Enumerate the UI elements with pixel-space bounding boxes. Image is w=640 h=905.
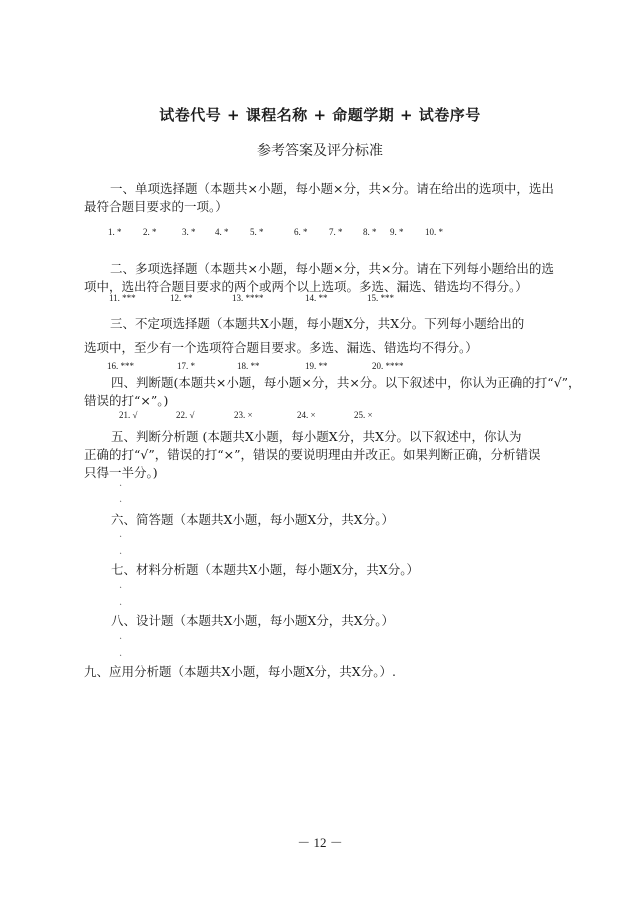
answer: 2. * [143, 227, 157, 237]
blank-line-marker: · [119, 497, 122, 508]
answer: 24. × [297, 410, 316, 420]
answer: 13. **** [232, 293, 264, 303]
answer: 22. √ [176, 410, 194, 420]
answer: 17. * [177, 361, 195, 371]
answer: 5. * [250, 227, 264, 237]
answer: 25. × [354, 410, 373, 420]
answer: 3. * [182, 227, 196, 237]
section-8-line-1: 八、设计题（本题共X小题，每小题X分，共X分。） [111, 610, 394, 632]
blank-line-marker: · [119, 481, 122, 492]
section-7-line-1: 七、材料分析题（本题共X小题，每小题X分，共X分。） [111, 559, 419, 581]
answer: 21. √ [119, 410, 137, 420]
section-1-line-2: 最符合题目要求的一项。） [84, 196, 228, 218]
answer: 15. *** [367, 293, 394, 303]
page-number: － 12 － [0, 832, 640, 851]
answer: 4. * [215, 227, 229, 237]
section-3-line-1: 三、不定项选择题（本题共X小题，每小题X分，共X分。下列每小题给出的 [110, 313, 524, 335]
exam-title: 试卷代号 + 课程名称 + 命题学期 + 试卷序号 [0, 104, 640, 125]
section-3-line-2: 选项中，至少有一个选项符合题目要求。多选、漏选、错选均不得分。） [84, 337, 478, 359]
answer: 8. * [363, 227, 377, 237]
blank-line-marker: · [119, 583, 122, 594]
answer: 11. *** [109, 293, 136, 303]
answer: 18. ** [237, 361, 260, 371]
answer: 19. ** [305, 361, 328, 371]
answer: 1. * [108, 227, 122, 237]
answer: 7. * [329, 227, 343, 237]
answer: 16. *** [107, 361, 134, 371]
answer: 10. * [425, 227, 443, 237]
answer: 23. × [234, 410, 253, 420]
answer: 12. ** [170, 293, 193, 303]
answer-key-subtitle: 参考答案及评分标准 [0, 140, 640, 160]
section-6-line-1: 六、简答题（本题共X小题，每小题X分，共X分。） [111, 509, 394, 531]
section-4-line-1: 四、判断题(本题共×小题，每小题×分，共×分。以下叙述中，你认为正确的打“√”， [111, 372, 581, 394]
answer: 20. **** [372, 361, 404, 371]
section-9-line-1: 九、应用分析题（本题共X小题，每小题X分，共X分。）. [84, 661, 396, 683]
answer: 9. * [390, 227, 404, 237]
answer: 14. ** [305, 293, 328, 303]
blank-line-marker: · [119, 532, 122, 543]
answer: 6. * [294, 227, 308, 237]
blank-line-marker: · [119, 634, 122, 645]
section-4-line-2: 错误的打“×”。) [84, 390, 168, 412]
